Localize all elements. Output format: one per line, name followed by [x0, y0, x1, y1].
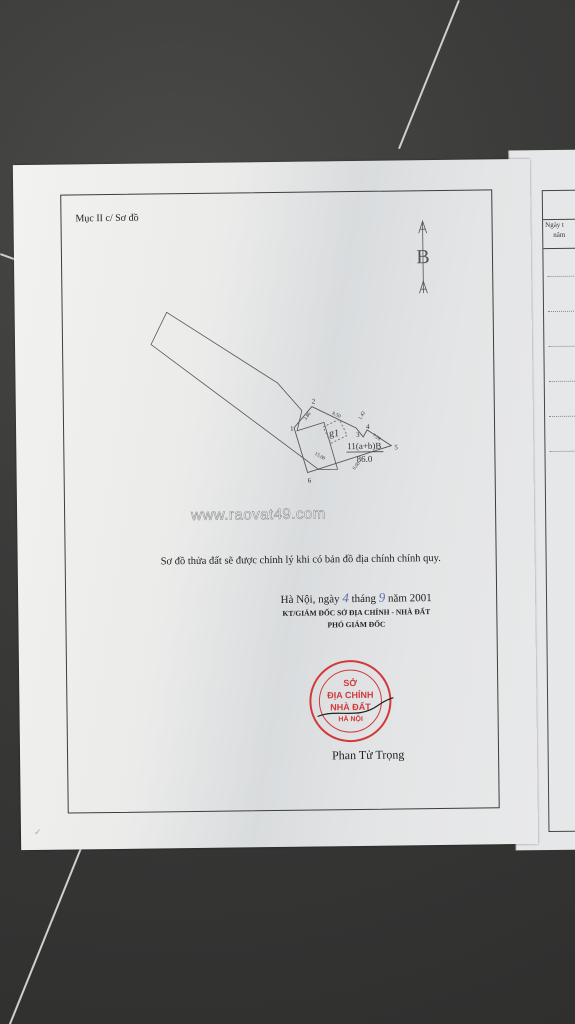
check-mark-icon: ✓ [34, 827, 42, 838]
dotted-line [548, 346, 575, 348]
floor-tile-seam [9, 848, 82, 1024]
svg-text:ĐỊA CHÍNH: ĐỊA CHÍNH [327, 690, 373, 701]
right-header-text-2: năm [545, 229, 575, 240]
date-day: 4 [342, 590, 349, 605]
svg-text:HÀ NỘI: HÀ NỘI [338, 714, 363, 723]
date-month: 9 [379, 590, 386, 605]
svg-text:g1: g1 [329, 428, 339, 439]
svg-text:3.86: 3.86 [303, 411, 312, 421]
svg-text:4: 4 [366, 423, 370, 431]
date-year: năm 2001 [388, 592, 432, 605]
svg-text:2: 2 [312, 398, 316, 406]
svg-text:6: 6 [308, 477, 312, 485]
svg-text:SỞ: SỞ [343, 677, 357, 688]
certificate-page: Mục II c/ Sơ đồ B 1 2 3 4 5 6 3.86 [13, 159, 538, 850]
signer-name: Phan Tử Trọng [332, 747, 404, 763]
svg-text:3: 3 [356, 431, 360, 439]
svg-text:1: 1 [290, 425, 294, 433]
svg-text:15.00: 15.00 [313, 452, 326, 462]
dotted-line [549, 451, 575, 453]
svg-text:86.0: 86.0 [357, 454, 373, 464]
signer-title: KT/GIÁM ĐỐC SỞ ĐỊA CHÍNH - NHÀ ĐẤT [236, 607, 476, 619]
svg-text:11(a+b)B: 11(a+b)B [347, 441, 381, 451]
dotted-line [548, 276, 575, 278]
dotted-line [549, 381, 575, 383]
watermark: www.raovat49.com [191, 505, 326, 524]
adjacent-parcel-outline [151, 310, 338, 471]
date-prefix: Hà Nội, ngày [281, 593, 340, 606]
floor-tile-seam [398, 0, 460, 149]
dotted-line [548, 311, 575, 313]
document-frame: Mục II c/ Sơ đồ B 1 2 3 4 5 6 3.86 [60, 189, 500, 813]
svg-text:NHÀ ĐẤT: NHÀ ĐẤT [330, 702, 371, 713]
right-page-table: Ngày t năm [542, 189, 575, 832]
issue-date: Hà Nội, ngày 4 tháng 9 năm 2001 [236, 589, 476, 608]
svg-text:1.42: 1.42 [358, 410, 367, 421]
dotted-line [549, 416, 575, 418]
right-page-header: Ngày t năm [543, 218, 575, 249]
svg-text:5: 5 [394, 443, 398, 451]
signature-block: Hà Nội, ngày 4 tháng 9 năm 2001 KT/GIÁM … [236, 589, 476, 631]
official-stamp-icon: SỞ ĐỊA CHÍNH NHÀ ĐẤT HÀ NỘI [307, 658, 394, 745]
parcel-diagram: 1 2 3 4 5 6 3.86 8.50 1.42 7.28 6.60 15.… [61, 190, 499, 812]
month-label: tháng [351, 593, 376, 605]
right-header-text: Ngày t [545, 219, 575, 230]
